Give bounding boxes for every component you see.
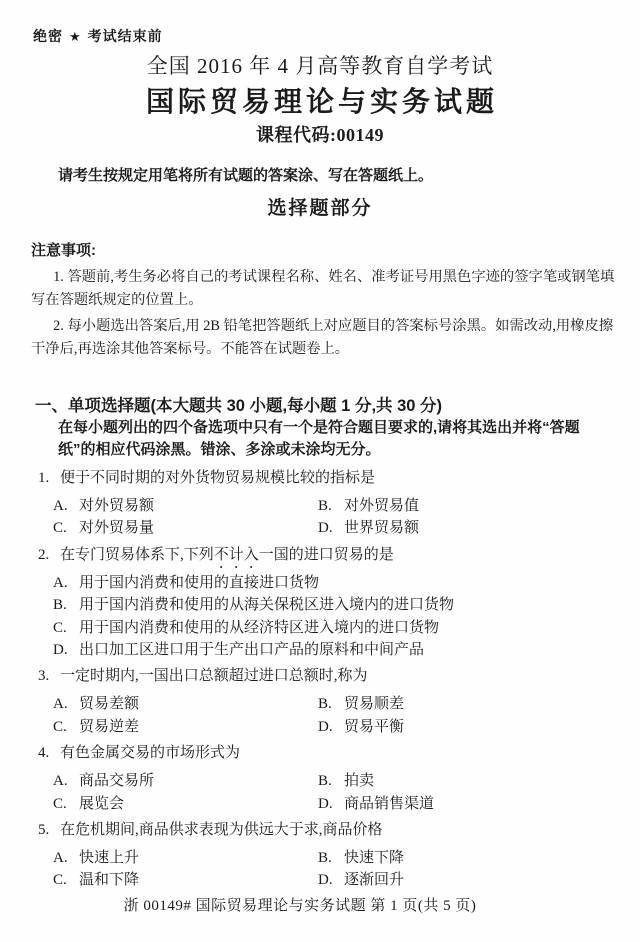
option-c: C.用于国内消费和使用的从经济特区进入境内的进口货物 (53, 617, 620, 639)
question-text-emphasis: 不计入 (214, 547, 259, 563)
option-text: 快速上升 (79, 850, 139, 866)
option-text: 贸易差额 (79, 696, 139, 712)
option-d: D.逐渐回升 (318, 869, 620, 891)
option-letter: A. (53, 572, 79, 594)
option-b: B.贸易顺差 (318, 693, 620, 715)
course-code-line: 课程代码:00149 (0, 121, 640, 147)
star-icon: ★ (69, 29, 82, 44)
classification-label: 绝密 (33, 28, 63, 44)
option-text: 商品销售渠道 (344, 796, 434, 812)
exam-title: 国际贸易理论与实务试题 (0, 80, 640, 120)
option-c: C.展览会 (53, 793, 318, 815)
option-a: A.贸易差额 (53, 693, 318, 715)
option-d: D.世界贸易额 (318, 517, 620, 539)
option-text: 温和下降 (79, 872, 139, 888)
question-number: 4. (38, 742, 60, 764)
option-b: B.对外贸易值 (318, 495, 620, 517)
option-text: 用于国内消费和使用的从海关保税区进入境内的进口货物 (79, 597, 454, 613)
question-text: 一定时期内,一国出口总额超过进口总额时,称为 (60, 668, 368, 684)
option-a: A.商品交易所 (53, 770, 318, 792)
question-1-options: A.对外贸易额 B.对外贸易值 C.对外贸易量 D.世界贸易额 (53, 495, 620, 540)
question-2-options: A.用于国内消费和使用的直接进口货物 B.用于国内消费和使用的从海关保税区进入境… (53, 572, 620, 662)
option-a: A.对外贸易额 (53, 495, 318, 517)
option-text: 对外贸易量 (79, 520, 154, 536)
question-1-text: 1.便于不同时期的对外货物贸易规模比较的指标是 (38, 467, 620, 495)
option-text: 出口加工区进口用于生产出口产品的原料和中间产品 (79, 642, 424, 658)
question-text-tail: 一国的进口贸易的是 (259, 547, 394, 563)
question-3-text: 3.一定时期内,一国出口总额超过进口总额时,称为 (38, 665, 620, 693)
option-text: 拍卖 (344, 773, 374, 789)
option-letter: D. (318, 869, 344, 891)
page-footer: 浙 00149# 国际贸易理论与实务试题 第 1 页(共 5 页) (0, 894, 600, 915)
option-letter: A. (53, 770, 79, 792)
option-d: D.商品销售渠道 (318, 793, 620, 815)
question-number: 5. (38, 819, 60, 841)
question-4: 4.有色金属交易的市场形式为 A.商品交易所 B.拍卖 C.展览会 D.商品销售… (38, 742, 620, 815)
option-letter: D. (318, 517, 344, 539)
option-letter: D. (318, 793, 344, 815)
option-letter: A. (53, 495, 79, 517)
question-3-options: A.贸易差额 B.贸易顺差 C.贸易逆差 D.贸易平衡 (53, 693, 620, 738)
course-code-value: 00149 (337, 125, 385, 145)
option-b: B.拍卖 (318, 770, 620, 792)
option-letter: C. (53, 869, 79, 891)
question-number: 3. (38, 665, 60, 687)
option-letter: B. (318, 847, 344, 869)
option-text: 贸易平衡 (344, 719, 404, 735)
option-letter: C. (53, 793, 79, 815)
question-4-text: 4.有色金属交易的市场形式为 (38, 742, 620, 770)
option-letter: C. (53, 517, 79, 539)
question-3: 3.一定时期内,一国出口总额超过进口总额时,称为 A.贸易差额 B.贸易顺差 C… (38, 665, 620, 738)
option-a: A.快速上升 (53, 847, 318, 869)
exam-session-title: 全国 2016 年 4 月高等教育自学考试 (0, 50, 640, 80)
notes-block: 注意事项: 1. 答题前,考生务必将自己的考试课程名称、姓名、准考证号用黑色字迹… (31, 240, 615, 360)
option-letter: D. (53, 639, 79, 661)
question-number: 1. (38, 467, 60, 489)
question-5: 5.在危机期间,商品供求表现为供远大于求,商品价格 A.快速上升 B.快速下降 … (38, 819, 620, 892)
part-one-heading: 一、单项选择题(本大题共 30 小题,每小题 1 分,共 30 分) (35, 392, 442, 416)
question-5-text: 5.在危机期间,商品供求表现为供远大于求,商品价格 (38, 819, 620, 847)
option-text: 用于国内消费和使用的从经济特区进入境内的进口货物 (79, 620, 439, 636)
answer-sheet-instruction: 请考生按规定用笔将所有试题的答案涂、写在答题纸上。 (58, 164, 433, 185)
option-a: A.用于国内消费和使用的直接进口货物 (53, 572, 620, 594)
option-c: C.对外贸易量 (53, 517, 318, 539)
option-letter: D. (318, 716, 344, 738)
question-text: 在专门贸易体系下,下列 (60, 547, 214, 563)
choice-section-title: 选择题部分 (0, 193, 640, 220)
question-list: 1.便于不同时期的对外货物贸易规模比较的指标是 A.对外贸易额 B.对外贸易值 … (38, 467, 620, 896)
note-item-1: 1. 答题前,考生务必将自己的考试课程名称、姓名、准考证号用黑色字迹的签字笔或钢… (31, 266, 615, 311)
option-c: C.温和下降 (53, 869, 318, 891)
option-d: D.出口加工区进口用于生产出口产品的原料和中间产品 (53, 639, 620, 661)
option-letter: A. (53, 693, 79, 715)
option-text: 贸易逆差 (79, 719, 139, 735)
option-text: 商品交易所 (79, 773, 154, 789)
exam-end-label: 考试结束前 (88, 28, 163, 44)
option-letter: B. (318, 495, 344, 517)
question-text: 在危机期间,商品供求表现为供远大于求,商品价格 (60, 822, 383, 838)
option-d: D.贸易平衡 (318, 716, 620, 738)
question-5-options: A.快速上升 B.快速下降 C.温和下降 D.逐渐回升 (53, 847, 620, 892)
option-text: 对外贸易额 (79, 498, 154, 514)
exam-paper-page: 绝密★考试结束前 全国 2016 年 4 月高等教育自学考试 国际贸易理论与实务… (0, 0, 640, 942)
option-text: 用于国内消费和使用的直接进口货物 (79, 575, 319, 591)
option-letter: B. (318, 770, 344, 792)
option-text: 快速下降 (344, 850, 404, 866)
option-text: 逐渐回升 (344, 872, 404, 888)
question-2-text: 2.在专门贸易体系下,下列不计入一国的进口贸易的是 (38, 544, 620, 572)
question-1: 1.便于不同时期的对外货物贸易规模比较的指标是 A.对外贸易额 B.对外贸易值 … (38, 467, 620, 540)
option-letter: C. (53, 617, 79, 639)
option-c: C.贸易逆差 (53, 716, 318, 738)
question-text: 有色金属交易的市场形式为 (60, 745, 240, 761)
course-code-label: 课程代码: (256, 125, 337, 145)
option-text: 世界贸易额 (344, 520, 419, 536)
question-2: 2.在专门贸易体系下,下列不计入一国的进口贸易的是 A.用于国内消费和使用的直接… (38, 544, 620, 662)
security-classification: 绝密★考试结束前 (33, 26, 163, 46)
question-number: 2. (38, 544, 60, 566)
option-b: B.快速下降 (318, 847, 620, 869)
note-item-2: 2. 每小题选出答案后,用 2B 铅笔把答题纸上对应题目的答案标号涂黑。如需改动… (31, 315, 615, 360)
option-text: 对外贸易值 (344, 498, 419, 514)
notes-title: 注意事项: (31, 240, 615, 262)
question-text: 便于不同时期的对外货物贸易规模比较的指标是 (60, 470, 375, 486)
question-4-options: A.商品交易所 B.拍卖 C.展览会 D.商品销售渠道 (53, 770, 620, 815)
option-letter: A. (53, 847, 79, 869)
option-text: 展览会 (79, 796, 124, 812)
option-text: 贸易顺差 (344, 696, 404, 712)
option-letter: B. (53, 594, 79, 616)
option-letter: C. (53, 716, 79, 738)
part-one-instruction: 在每小题列出的四个备选项中只有一个是符合题目要求的,请将其选出并将“答题纸”的相… (58, 417, 593, 462)
option-b: B.用于国内消费和使用的从海关保税区进入境内的进口货物 (53, 594, 620, 616)
option-letter: B. (318, 693, 344, 715)
